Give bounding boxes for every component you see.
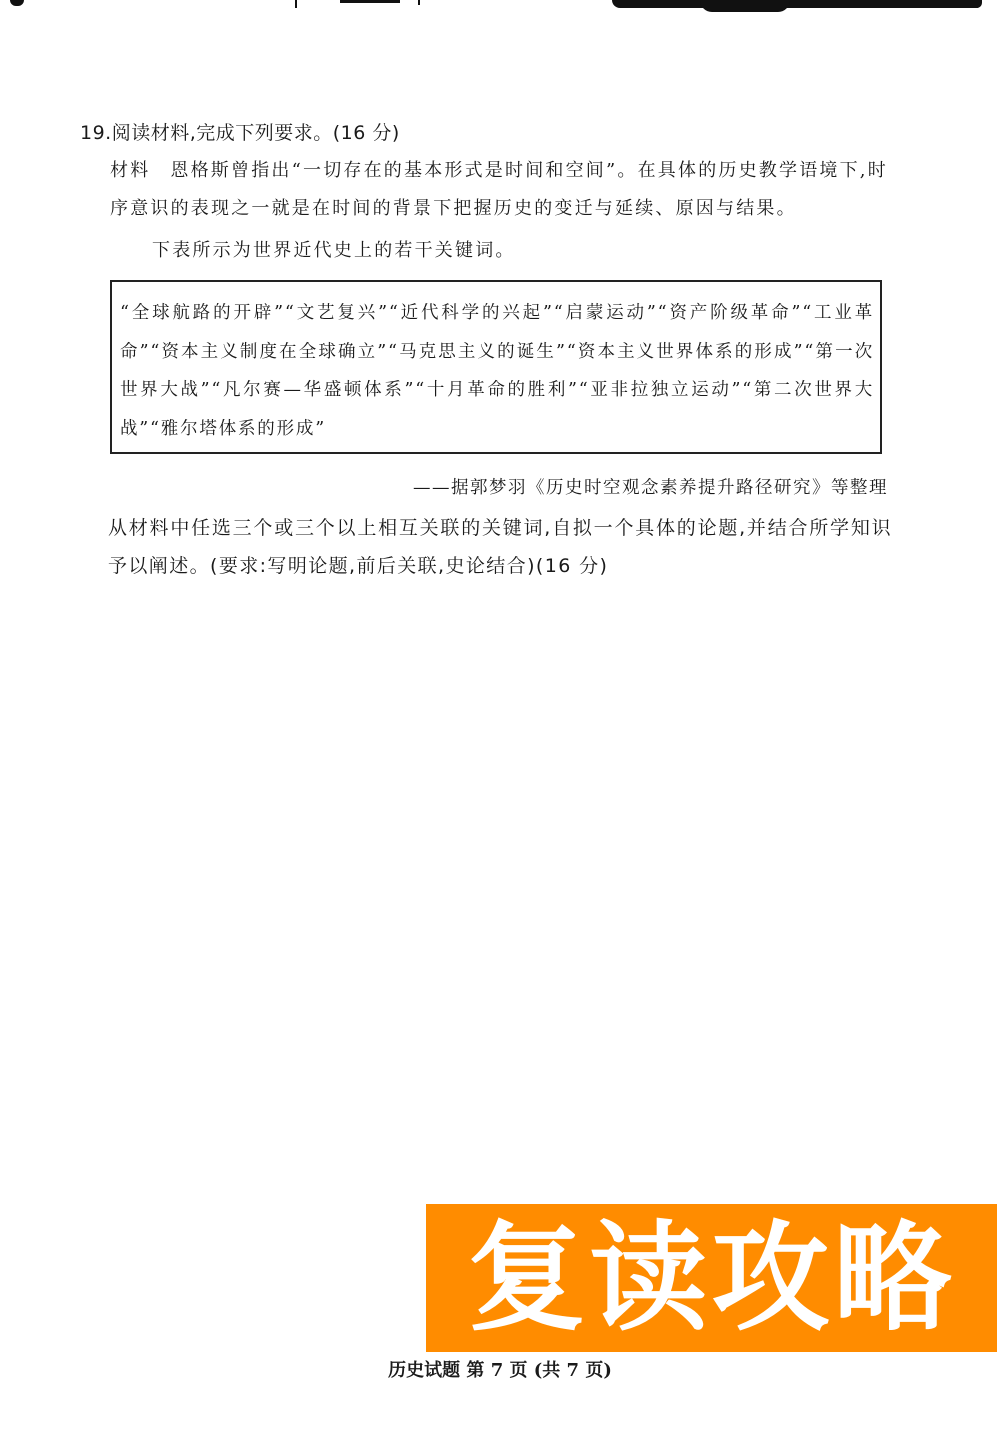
watermark-text: 复读攻略 — [467, 1219, 955, 1337]
source-citation: ——据郭梦羽《历史时空观念素养提升路径研究》等整理 — [413, 474, 888, 499]
keyword-box: “全球航路的开辟”“文艺复兴”“近代科学的兴起”“启蒙运动”“资产阶级革命”“工… — [110, 280, 882, 454]
keyword-item: “资本主义制度在全球确立” — [150, 342, 388, 362]
task-instructions: 从材料中任选三个或三个以上相互关联的关键词,自拟一个具体的论题,并结合所学知识予… — [108, 509, 892, 585]
keyword-item: “全球航路的开辟” — [120, 303, 285, 323]
keyword-item: “雅尔塔体系的形成” — [150, 419, 326, 439]
material-text: 恩格斯曾指出“一切存在的基本形式是时间和空间”。在具体的历史教学语境下,时序意识… — [110, 160, 888, 219]
page-footer: 历史试题 第 7 页 (共 7 页) — [0, 1356, 1000, 1382]
watermark-banner: 复读攻略 — [426, 1204, 997, 1352]
keyword-item: “凡尔赛—华盛顿体系” — [211, 380, 415, 400]
material-intro: 下表所示为世界近代史上的若干关键词。 — [152, 232, 932, 270]
material-paragraph: 材料恩格斯曾指出“一切存在的基本形式是时间和空间”。在具体的历史教学语境下,时序… — [110, 152, 890, 228]
keyword-item: “马克思主义的诞生” — [388, 342, 567, 362]
material-label: 材料 — [110, 160, 150, 181]
keyword-item: “资产阶级革命” — [658, 303, 803, 323]
keyword-item: “十月革命的胜利” — [415, 380, 579, 400]
keyword-item: “资本主义世界体系的形成” — [567, 342, 805, 362]
keyword-item: “亚非拉独立运动” — [579, 380, 743, 400]
keyword-list: “全球航路的开辟”“文艺复兴”“近代科学的兴起”“启蒙运动”“资产阶级革命”“工… — [120, 303, 874, 439]
scan-artifact-top — [0, 0, 1000, 14]
keyword-item: “近代科学的兴起” — [389, 303, 554, 323]
question-title: 19.阅读材料,完成下列要求。(16 分) — [80, 118, 400, 145]
keyword-item: “启蒙运动” — [554, 303, 658, 323]
keyword-item: “文艺复兴” — [285, 303, 389, 323]
